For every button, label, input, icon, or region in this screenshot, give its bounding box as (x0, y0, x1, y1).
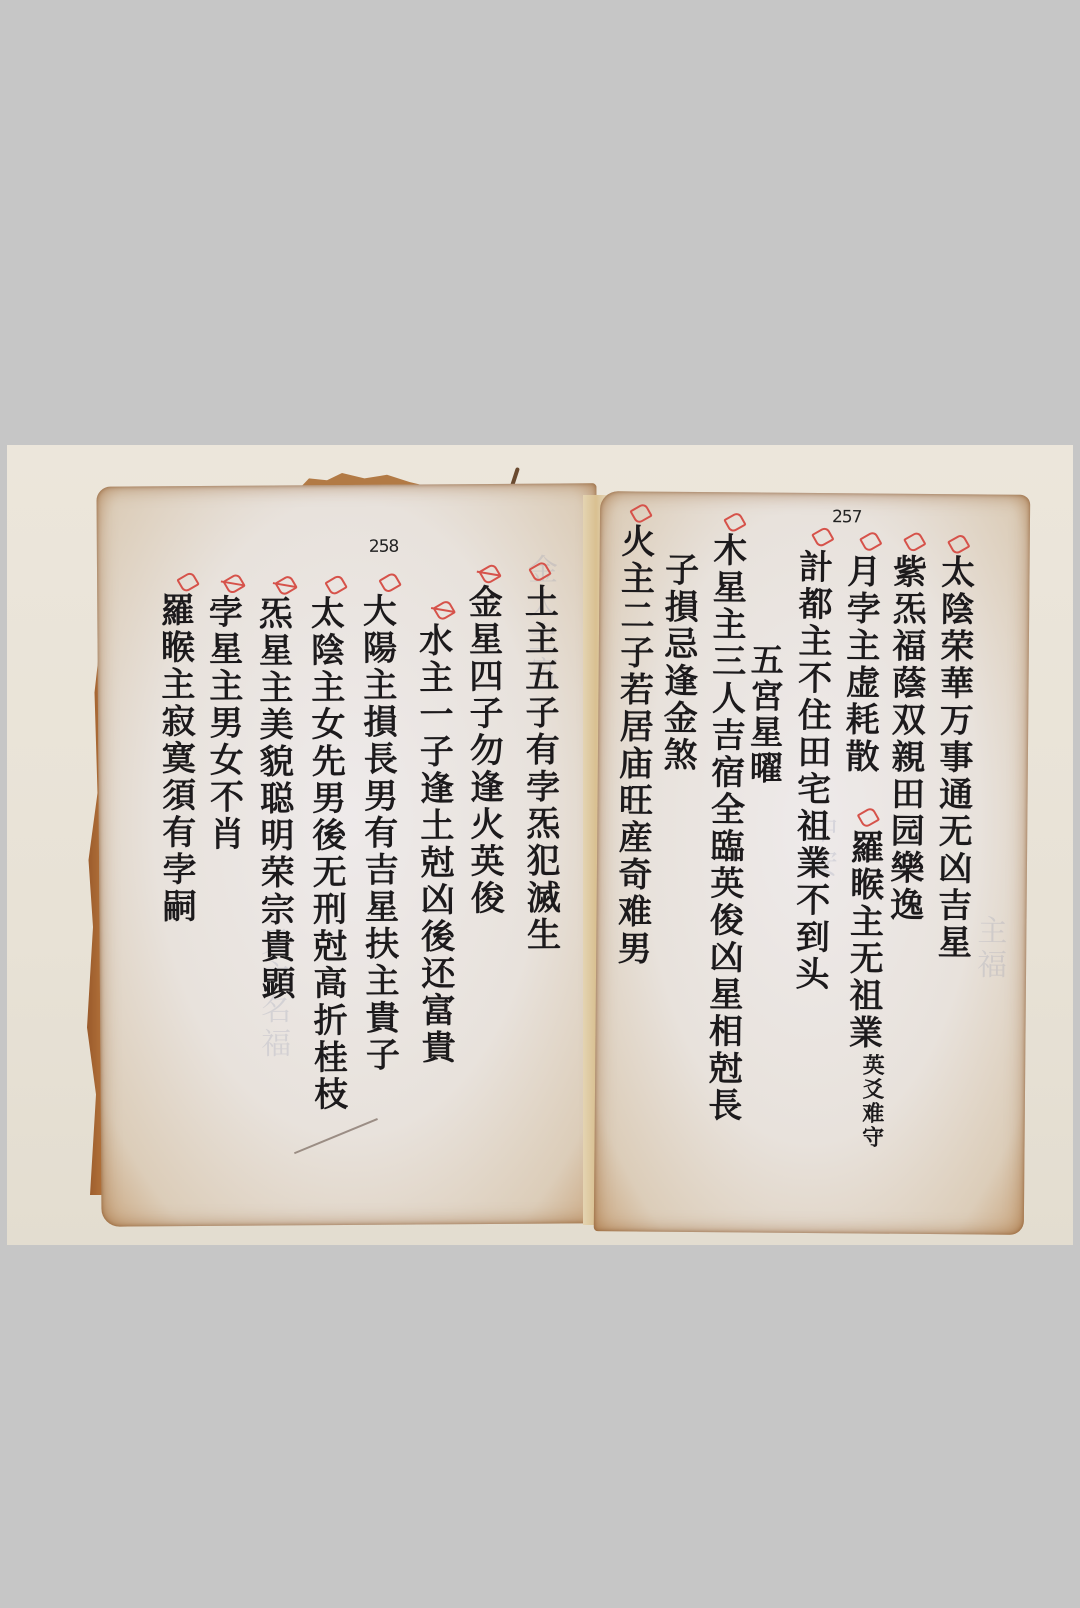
text-column: 羅睺主寂寞須有孛嗣 (157, 592, 193, 925)
text-column: 月孛主虚耗散 (842, 553, 878, 775)
text-column: 木星主三人吉宿全臨英俊凶星相尅長 (705, 532, 744, 1124)
annotation-note: 英爻难守 (861, 1053, 884, 1149)
red-mark-icon (857, 806, 881, 829)
text-column: 紫炁福蔭双親田园樂逸 (886, 554, 923, 924)
ink-bleed-through: 主福 (966, 914, 1011, 982)
folio-number: 258 (369, 537, 399, 557)
text-column: 太陰主女先男後无刑尅高折桂枝 (307, 595, 345, 1113)
red-mark-icon (324, 574, 348, 597)
left-page: 金大土宮 又主名福 258 土主五子有孛炁犯滅生 金星四子勿逢火英俊 水主一子逢… (96, 483, 601, 1226)
text-column: 土主五子有孛炁犯滅生 (521, 584, 558, 954)
text-column: 羅睺主无祖業 (845, 829, 881, 1051)
red-mark-icon (947, 533, 971, 556)
red-mark-icon (176, 571, 200, 594)
folio-number: 257 (832, 507, 862, 527)
text-column: 火主二子若居庙旺産奇难男 (614, 523, 652, 967)
red-mark-icon (811, 526, 835, 549)
paper-crack (294, 1118, 378, 1154)
right-page: 主福 中安 257 太陰荣華万事通无凶吉星 紫炁福蔭双親田园樂逸 月孛主虚耗散 … (594, 491, 1030, 1235)
text-column: 計都主不住田宅祖業不到头 (792, 549, 830, 993)
text-column: 金星四子勿逢火英俊 (465, 584, 501, 917)
manuscript-photo: 金大土宮 又主名福 258 土主五子有孛炁犯滅生 金星四子勿逢火英俊 水主一子逢… (7, 445, 1073, 1245)
red-mark-icon (274, 574, 298, 597)
red-mark-icon (432, 599, 456, 622)
red-mark-icon (222, 572, 246, 595)
red-mark-icon (903, 530, 927, 553)
red-mark-icon (629, 502, 653, 525)
red-mark-icon (723, 511, 747, 534)
red-mark-icon (378, 571, 402, 594)
text-column: 子損忌逢金煞 (660, 552, 696, 774)
text-column: 水主一子逢土尅凶後还富貴 (415, 622, 452, 1066)
text-column: 孛星主男女不肖 (205, 594, 241, 853)
section-heading: 五宮星曜 (748, 642, 782, 786)
red-mark-icon (859, 530, 883, 553)
text-column: 太陰荣華万事通无凶吉星 (934, 554, 972, 961)
text-column: 炁星主美貌聪明荣宗貴顕 (255, 595, 292, 1002)
text-column: 大陽主損長男有吉星扶主貴子 (359, 593, 396, 1074)
red-mark-icon (478, 563, 502, 586)
